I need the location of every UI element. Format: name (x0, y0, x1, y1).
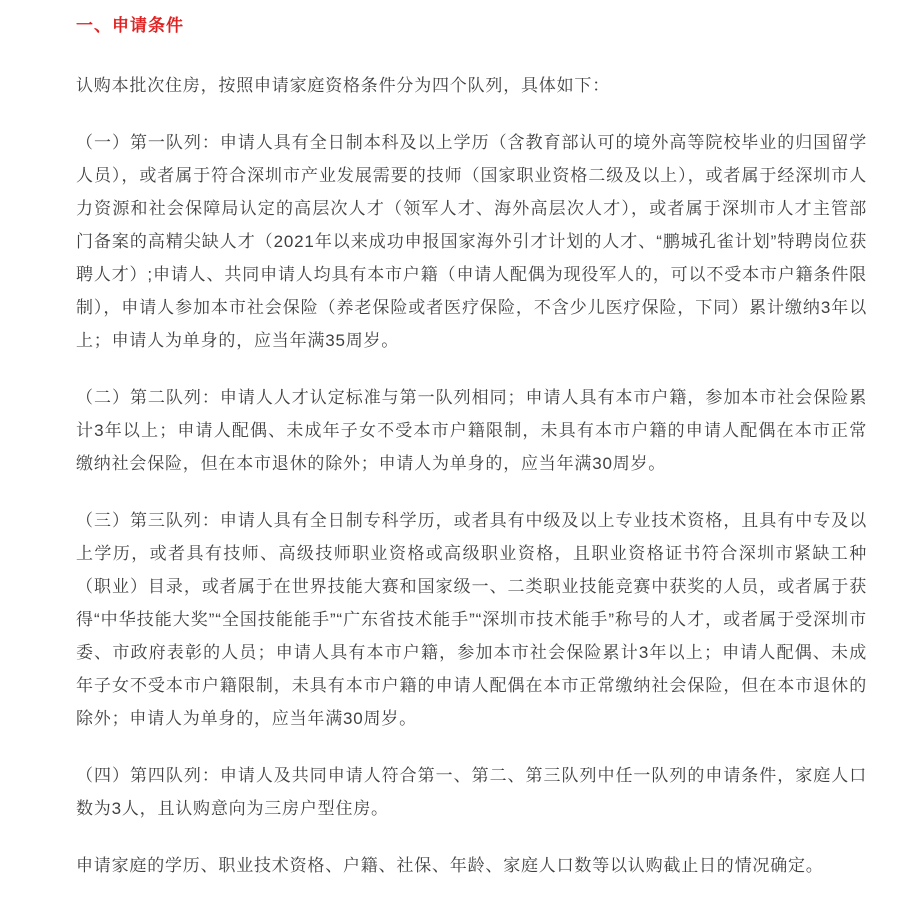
intro-paragraph: 认购本批次住房，按照申请家庭资格条件分为四个队列，具体如下： (76, 69, 867, 102)
article-page: 一、申请条件 认购本批次住房，按照申请家庭资格条件分为四个队列，具体如下： （一… (0, 0, 900, 901)
footnote-paragraph: 申请家庭的学历、职业技术资格、户籍、社保、年龄、家庭人口数等以认购截止日的情况确… (76, 849, 867, 882)
queue-2-paragraph: （二）第二队列：申请人人才认定标准与第一队列相同；申请人具有本市户籍，参加本市社… (76, 381, 867, 480)
queue-1-paragraph: （一）第一队列：申请人具有全日制本科及以上学历（含教育部认可的境外高等院校毕业的… (76, 126, 867, 357)
section-heading: 一、申请条件 (76, 14, 867, 38)
queue-3-paragraph: （三）第三队列：申请人具有全日制专科学历，或者具有中级及以上专业技术资格，且具有… (76, 504, 867, 735)
queue-4-paragraph: （四）第四队列：申请人及共同申请人符合第一、第二、第三队列中任一队列的申请条件，… (76, 759, 867, 825)
